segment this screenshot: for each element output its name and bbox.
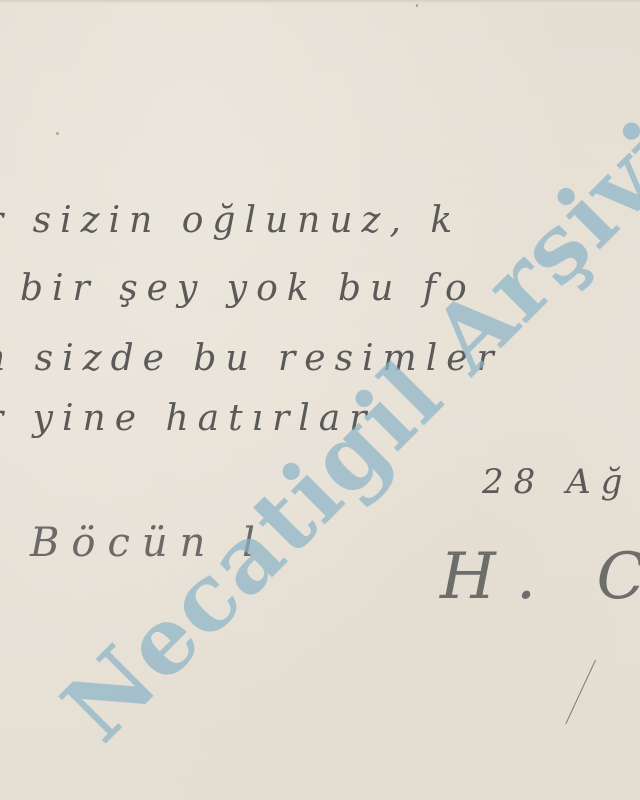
letter-line-4: r yine hatırlar xyxy=(0,398,375,439)
signature-right: H. C xyxy=(440,540,640,614)
letter-line-3: n sizde bu resimler xyxy=(0,338,503,379)
letter-line-2: bir şey yok bu fo xyxy=(20,268,476,309)
letter-line-1: r sizin oğlunuz, k xyxy=(0,200,461,241)
paper-top-edge xyxy=(0,0,640,3)
paper-speck xyxy=(416,4,418,7)
letter-date: 28 Ağ xyxy=(482,462,632,502)
signature-left: Böcün l xyxy=(30,520,267,566)
paper-speck xyxy=(56,132,59,135)
